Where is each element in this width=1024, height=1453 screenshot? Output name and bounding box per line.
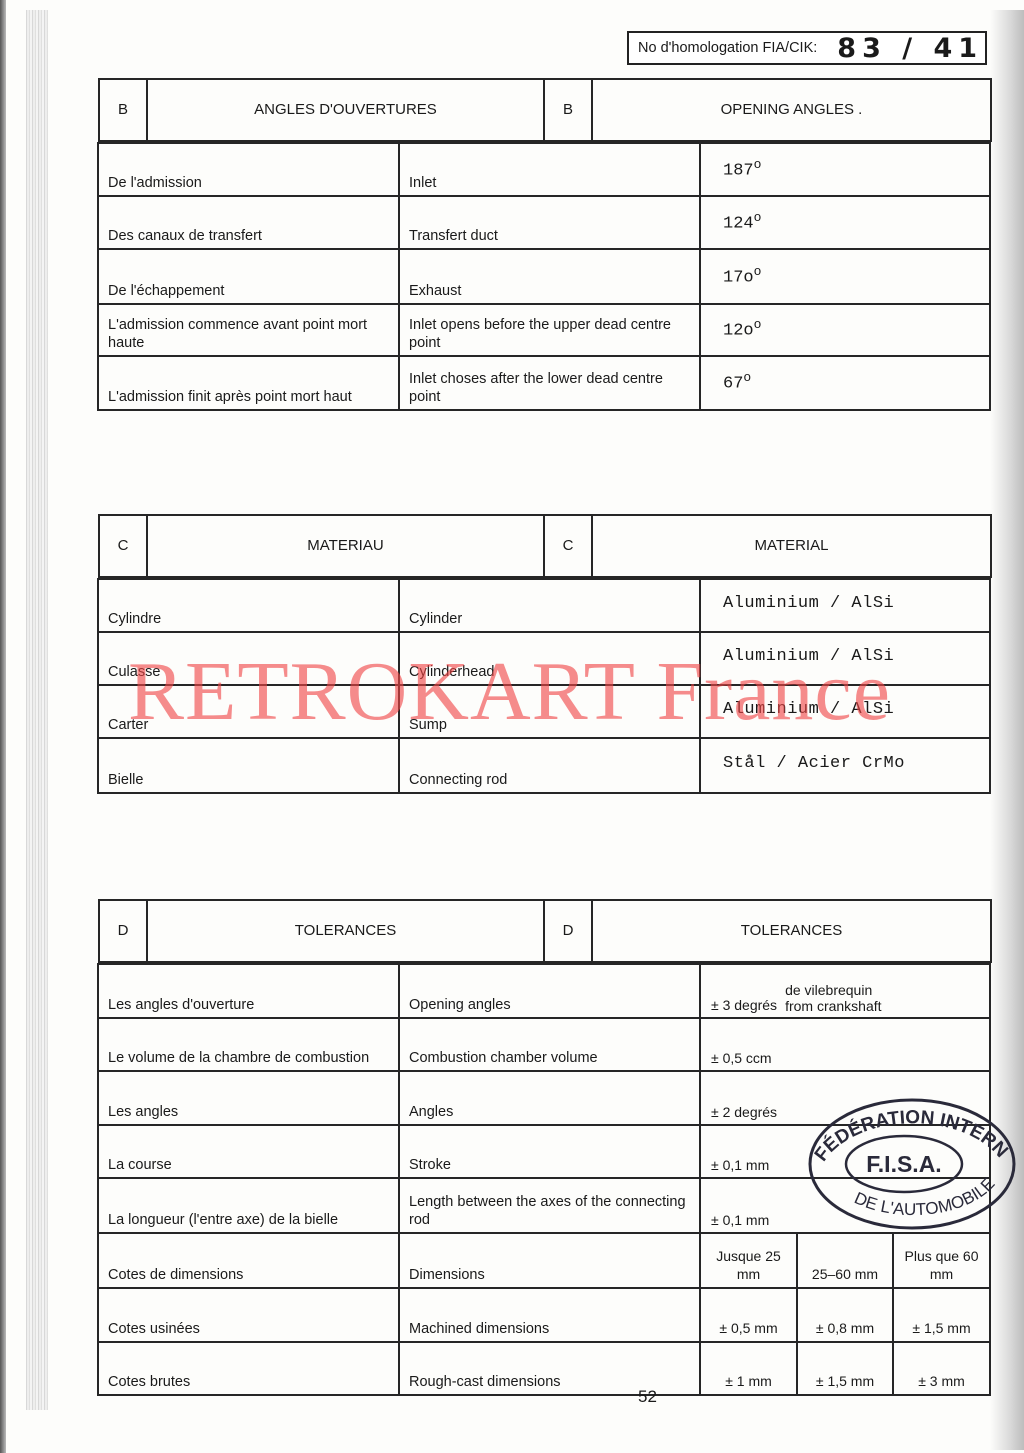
scan-edge-right (990, 10, 1024, 1450)
section-b-header-grid: B ANGLES D'OUVERTURES B OPENING ANGLES . (98, 78, 992, 142)
tolerance-value: ± 0,1 mm (700, 1125, 990, 1178)
label-fr: L'admission commence avant point mort ha… (98, 304, 399, 356)
material-value: Aluminium / AlSi (700, 632, 990, 685)
homologation-box: No d'homologation FIA/CIK: 83 / 41 (627, 31, 987, 65)
table-row: Bielle Connecting rod Stål / Acier CrMo (98, 738, 990, 793)
material-value: Stål / Acier CrMo (700, 738, 990, 793)
label-en: Angles (399, 1071, 700, 1125)
tolerance-value: ± 3 degrésde vilebrequinfrom crankshaft (700, 964, 990, 1018)
section-title-fr: ANGLES D'OUVERTURES (147, 79, 544, 141)
label-en: Connecting rod (399, 738, 700, 793)
tolerance-value: ± 0,8 mm (797, 1288, 893, 1342)
tolerance-value: ± 1,5 mm (893, 1288, 990, 1342)
angle-value: 124o (700, 196, 990, 249)
scan-binding-shadow (26, 10, 48, 1410)
table-row: De l'échappement Exhaust 17oo (98, 249, 990, 304)
table-row: Le volume de la chambre de combustion Co… (98, 1018, 990, 1071)
angle-value: 12oo (700, 304, 990, 356)
section-title-fr: TOLERANCES (147, 900, 544, 962)
section-letter: C (99, 515, 147, 577)
label-en: Transfert duct (399, 196, 700, 249)
material-value: Aluminium / AlSi (700, 579, 990, 632)
label-en: Dimensions (399, 1233, 700, 1288)
angle-value: 187o (700, 143, 990, 196)
angle-value: 17oo (700, 249, 990, 304)
section-letter: B (99, 79, 147, 141)
label-en: Combustion chamber volume (399, 1018, 700, 1071)
table-row: La course Stroke ± 0,1 mm (98, 1125, 990, 1178)
homologation-number: 83 / 41 (837, 33, 983, 64)
page-number: 52 (638, 1387, 657, 1407)
table-row: Carter Sump Aluminium / AlSi (98, 685, 990, 738)
label-fr: Le volume de la chambre de combustion (98, 1018, 399, 1071)
tolerance-value: ± 0,5 ccm (700, 1018, 990, 1071)
section-d-table: D TOLERANCES D TOLERANCES Les angles d'o… (97, 899, 991, 1396)
label-fr: Bielle (98, 738, 399, 793)
section-b-header: B ANGLES D'OUVERTURES B OPENING ANGLES . (98, 78, 990, 143)
label-fr: Les angles (98, 1071, 399, 1125)
label-fr: La course (98, 1125, 399, 1178)
tolerance-value: ± 0,1 mm (700, 1178, 990, 1233)
label-en: Opening angles (399, 964, 700, 1018)
label-fr: Cotes brutes (98, 1342, 399, 1395)
label-en: Inlet (399, 143, 700, 196)
section-letter: B (544, 79, 592, 141)
label-en: Stroke (399, 1125, 700, 1178)
scan-edge-left (0, 0, 6, 1453)
table-row: Cylindre Cylinder Aluminium / AlSi (98, 579, 990, 632)
label-fr: Des canaux de transfert (98, 196, 399, 249)
table-row: De l'admission Inlet 187o (98, 143, 990, 196)
table-row: Culasse Cylinderhead Aluminium / AlSi (98, 632, 990, 685)
table-row: Cotes usinées Machined dimensions ± 0,5 … (98, 1288, 990, 1342)
section-letter: D (99, 900, 147, 962)
label-en: Cylinder (399, 579, 700, 632)
section-letter: D (544, 900, 592, 962)
tolerance-value: ± 1,5 mm (797, 1342, 893, 1395)
tolerance-value: ± 0,5 mm (700, 1288, 797, 1342)
tolerance-value: ± 3 mm (893, 1342, 990, 1395)
table-row: Les angles Angles ± 2 degrés (98, 1071, 990, 1125)
label-fr: Les angles d'ouverture (98, 964, 399, 1018)
label-fr: Cylindre (98, 579, 399, 632)
section-d-header-grid: D TOLERANCES D TOLERANCES (98, 899, 992, 963)
label-fr: Culasse (98, 632, 399, 685)
label-fr: De l'échappement (98, 249, 399, 304)
tolerance-value: ± 2 degrés (700, 1071, 990, 1125)
section-c-header-grid: C MATERIAU C MATERIAL (98, 514, 992, 578)
label-en: Exhaust (399, 249, 700, 304)
material-value: Aluminium / AlSi (700, 685, 990, 738)
section-d-header: D TOLERANCES D TOLERANCES (98, 899, 990, 964)
table-row: Les angles d'ouverture Opening angles ± … (98, 964, 990, 1018)
homologation-label: No d'homologation FIA/CIK: (638, 40, 817, 56)
label-en: Machined dimensions (399, 1288, 700, 1342)
label-en: Length between the axes of the connectin… (399, 1178, 700, 1233)
table-row: La longueur (l'entre axe) de la bielle L… (98, 1178, 990, 1233)
table-row: Cotes de dimensions Dimensions Jusque 25… (98, 1233, 990, 1288)
dimension-range-header: Jusque 25 mm (700, 1233, 797, 1288)
angle-value: 67o (700, 356, 990, 410)
table-row: L'admission finit après point mort haut … (98, 356, 990, 410)
section-c-table: C MATERIAU C MATERIAL Cylindre Cylinder … (97, 514, 991, 794)
table-row: Des canaux de transfert Transfert duct 1… (98, 196, 990, 249)
label-en: Sump (399, 685, 700, 738)
table-row: Cotes brutes Rough-cast dimensions ± 1 m… (98, 1342, 990, 1395)
section-letter: C (544, 515, 592, 577)
tolerance-value: ± 1 mm (700, 1342, 797, 1395)
table-row: L'admission commence avant point mort ha… (98, 304, 990, 356)
label-en: Inlet choses after the lower dead centre… (399, 356, 700, 410)
label-en: Cylinderhead (399, 632, 700, 685)
section-b-table: B ANGLES D'OUVERTURES B OPENING ANGLES .… (97, 78, 991, 411)
label-en: Inlet opens before the upper dead centre… (399, 304, 700, 356)
label-fr: Cotes usinées (98, 1288, 399, 1342)
section-title-en: OPENING ANGLES . (592, 79, 991, 141)
label-fr: Cotes de dimensions (98, 1233, 399, 1288)
label-fr: La longueur (l'entre axe) de la bielle (98, 1178, 399, 1233)
section-title-en: MATERIAL (592, 515, 991, 577)
label-fr: Carter (98, 685, 399, 738)
section-title-fr: MATERIAU (147, 515, 544, 577)
section-title-en: TOLERANCES (592, 900, 991, 962)
label-fr: L'admission finit après point mort haut (98, 356, 399, 410)
section-c-header: C MATERIAU C MATERIAL (98, 514, 990, 579)
dimension-range-header: 25–60 mm (797, 1233, 893, 1288)
dimension-range-header: Plus que 60 mm (893, 1233, 990, 1288)
label-fr: De l'admission (98, 143, 399, 196)
